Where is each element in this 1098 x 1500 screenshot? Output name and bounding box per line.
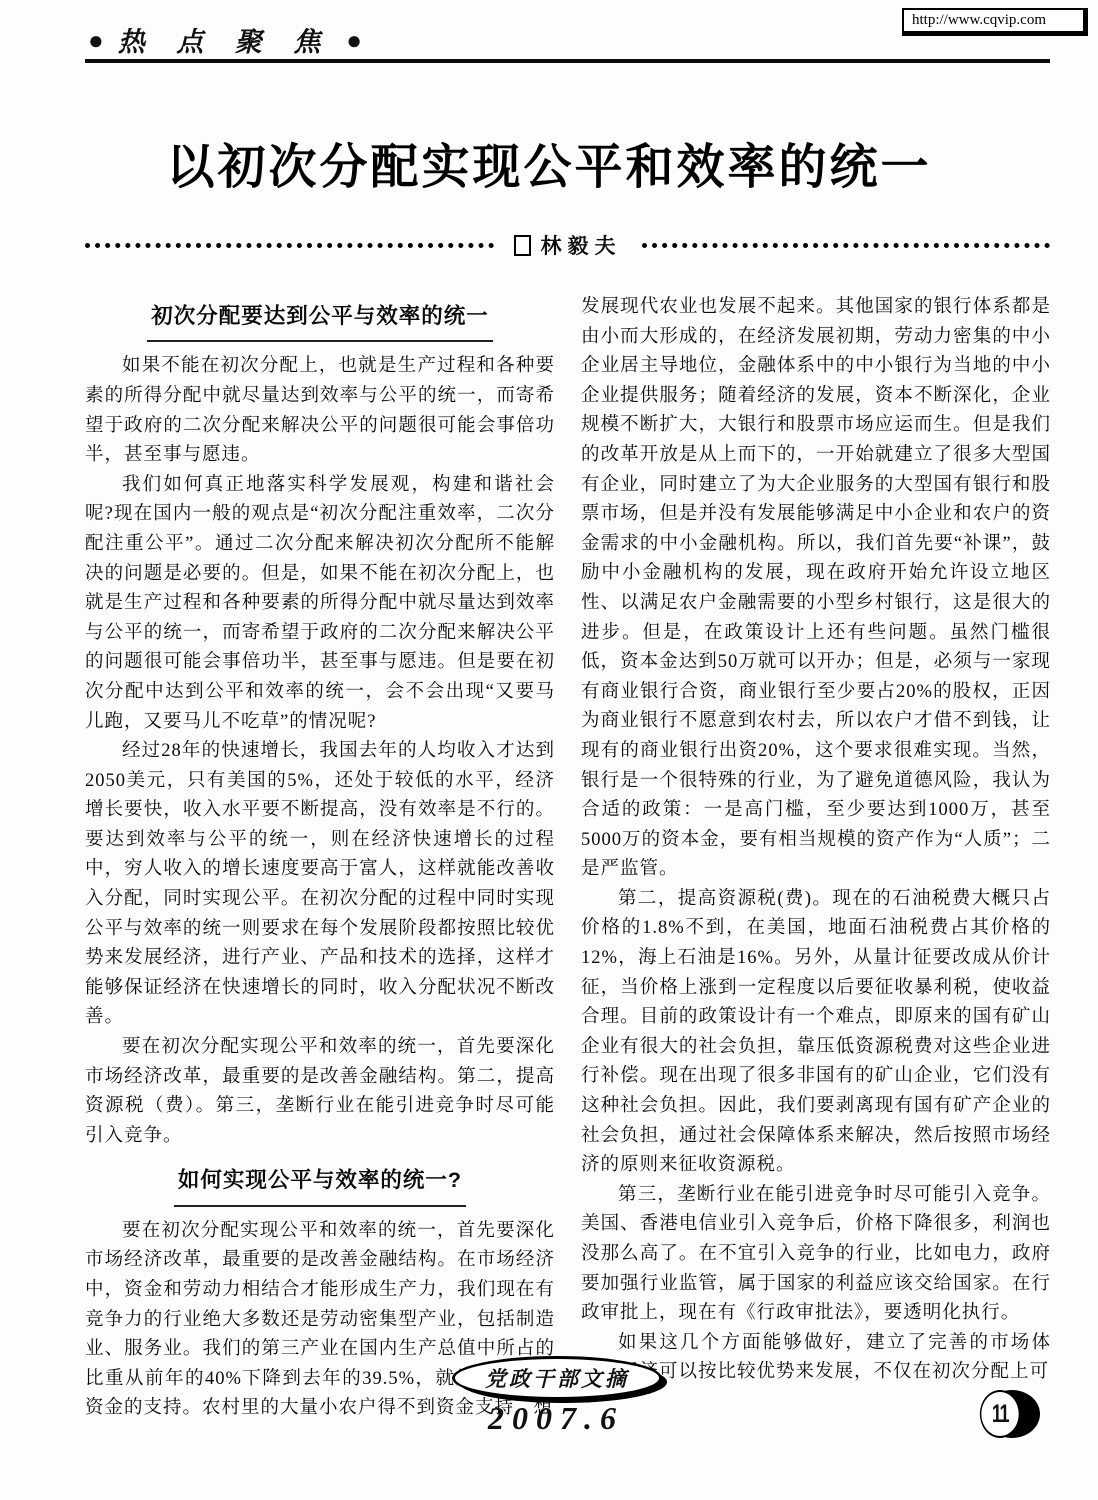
section-heading-1-text: 初次分配要达到公平与效率的统一 [147,299,493,342]
dotted-rule-left [85,243,494,248]
paragraph: 经过28年的快速增长，我国去年的人均收入才达到2050美元，只有美国的5%，还处… [85,737,555,1033]
paragraph: 第二，提高资源税(费)。现在的石油税费大概只占价格的1.8%不到，在美国，地面石… [581,885,1051,1181]
author: 林毅夫 [514,230,622,260]
section-heading-1: 初次分配要达到公平与效率的统一 [85,299,555,342]
paragraph: 要在初次分配实现公平和效率的统一，首先要深化市场经济改革，最重要的是改善金融结构… [85,1033,555,1151]
bullet-icon: ● [88,27,104,53]
magazine-page: http://www.cqvip.com ● 热 点 聚 焦 ● 以初次分配实现… [0,0,1098,1500]
dotted-rule-right [642,243,1051,248]
bullet-icon: ● [346,27,362,53]
left-column: 初次分配要达到公平与效率的统一 如果不能在初次分配上，也就是生产过程和各种要素的… [85,293,555,1343]
byline: 林毅夫 [85,230,1050,260]
paragraph: 如果不能在初次分配上，也就是生产过程和各种要素的所得分配中就尽量达到效率与公平的… [85,352,555,470]
article-body: 初次分配要达到公平与效率的统一 如果不能在初次分配上，也就是生产过程和各种要素的… [85,293,1051,1343]
paragraph: 第三，垄断行业在能引进竞争时尽可能引入竞争。美国、香港电信业引入竞争后，价格下降… [581,1181,1051,1329]
source-url-box: http://www.cqvip.com [902,8,1088,36]
source-url: http://www.cqvip.com [912,12,1046,29]
journal-logo: 党政干部文摘 [452,1356,662,1400]
section-heading-2-text: 如何实现公平与效率的统一? [174,1163,466,1206]
right-column: 发展现代农业也发展不起来。其他国家的银行体系都是由小而大形成的，在经济发展初期，… [581,293,1051,1343]
section-banner: ● 热 点 聚 焦 ● [88,20,362,59]
section-banner-label: 热 点 聚 焦 [118,20,333,59]
paragraph: 我们如何真正地落实科学发展观，构建和谐社会呢?现在国内一般的观点是“初次分配注重… [85,471,555,737]
header-rule [85,59,1050,63]
author-box-icon [514,235,531,256]
page-number-badge: 11 [972,1388,1042,1440]
journal-name: 党政干部文摘 [485,1363,629,1393]
article-title: 以初次分配实现公平和效率的统一 [0,128,1098,197]
page-number: 11 [980,1390,1020,1438]
author-name: 林毅夫 [541,230,622,260]
issue-number: 2007.6 [488,1400,624,1437]
paragraph-continuation: 发展现代农业也发展不起来。其他国家的银行体系都是由小而大形成的，在经济发展初期，… [581,293,1051,885]
section-heading-2: 如何实现公平与效率的统一? [85,1163,555,1206]
